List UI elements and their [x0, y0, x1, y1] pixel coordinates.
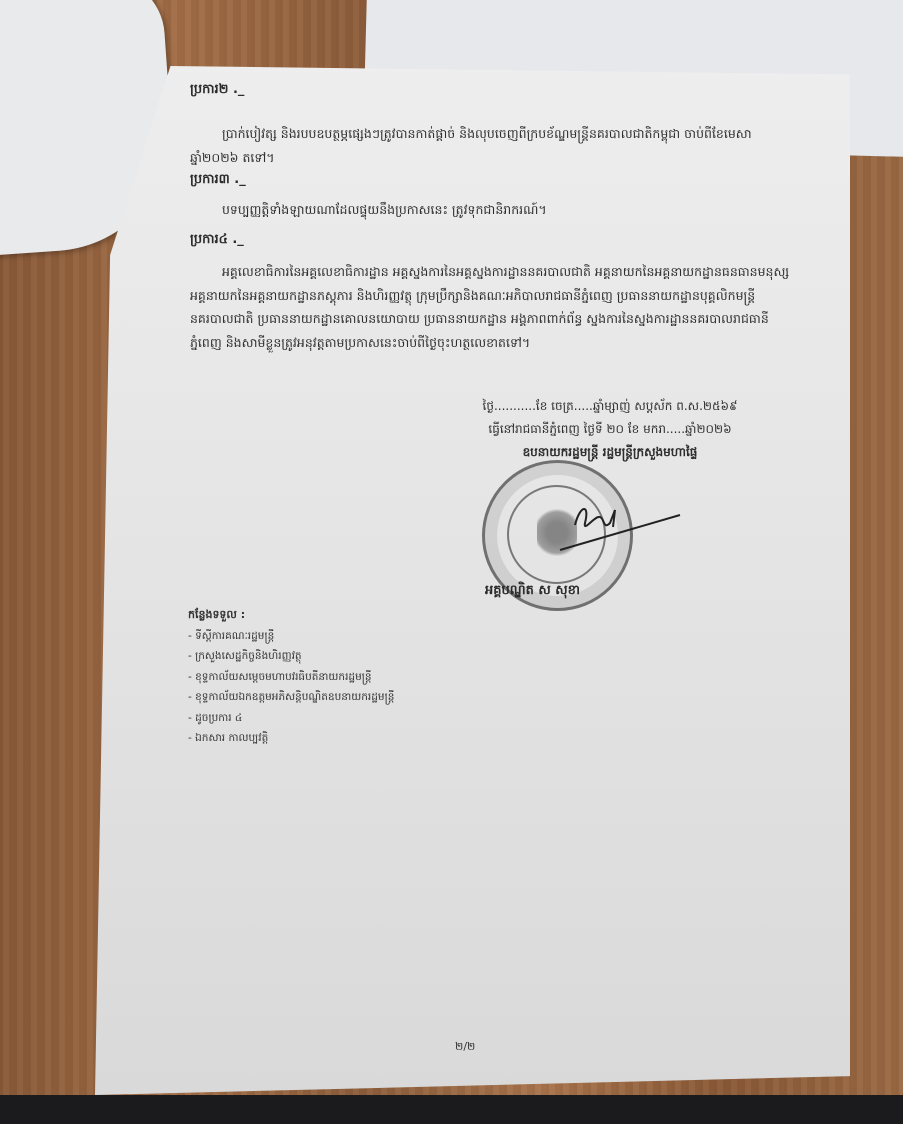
handwritten-signature [555, 495, 685, 555]
article-4-body: អគ្គលេខាធិការនៃអគ្គលេខាធិការដ្ឋាន អគ្គស្… [190, 260, 790, 354]
place-date: ធ្វើនៅរាជធានីភ្នំពេញ ថ្ងៃទី ២០ ខែ មករា..… [420, 418, 800, 441]
article-3-body: បទប្បញ្ញត្តិទាំងឡាយណាដែលផ្ទុយនឹងប្រកាសនេ… [190, 198, 780, 222]
article-4-heading: ប្រការ៤ ._ [190, 228, 244, 253]
article-2-body: ប្រាក់បៀវត្ស និងរបបឧបត្ថម្ភផ្សេងៗត្រូវបា… [190, 122, 780, 169]
date-signature-block: ថ្ងៃ...........ខែ ចេត្រ.....ឆ្នាំម្សាញ់ … [420, 395, 800, 464]
recipients-heading: កន្លែងទទួល : [188, 605, 394, 626]
article-2-heading: ប្រការ២ ._ [190, 78, 244, 103]
recipient-item: - ខុទ្ទកាល័យសម្តេចមហាបវរធិបតីនាយករដ្ឋមន្… [188, 667, 394, 688]
recipient-item: - ខុទ្ទកាល័យឯកឧត្តមអភិសន្តិបណ្ឌិតឧបនាយករ… [188, 687, 394, 708]
recipient-item: - ឯកសារ កាលប្បវត្តិ [188, 728, 394, 749]
lunar-date: ថ្ងៃ...........ខែ ចេត្រ.....ឆ្នាំម្សាញ់ … [420, 395, 800, 418]
bottom-dark-edge [0, 1095, 903, 1124]
recipient-item: - ក្រសួងសេដ្ឋកិច្ចនិងហិរញ្ញវត្ថុ [188, 646, 394, 667]
recipient-item: - ទីស្តីការគណៈរដ្ឋមន្ត្រី [188, 626, 394, 647]
recipient-item: - ដូចប្រការ ៤ [188, 708, 394, 729]
recipients-list: កន្លែងទទួល : - ទីស្តីការគណៈរដ្ឋមន្ត្រី -… [188, 605, 394, 749]
signer-title: ឧបនាយករដ្ឋមន្ត្រី រដ្ឋមន្ត្រីក្រសួងមហាផ្… [420, 441, 800, 464]
article-3-heading: ប្រការ៣ ._ [190, 168, 246, 193]
signer-name: អគ្គបណ្ឌិត ស សុខា [485, 582, 580, 601]
page-number: ២/២ [455, 1040, 475, 1056]
